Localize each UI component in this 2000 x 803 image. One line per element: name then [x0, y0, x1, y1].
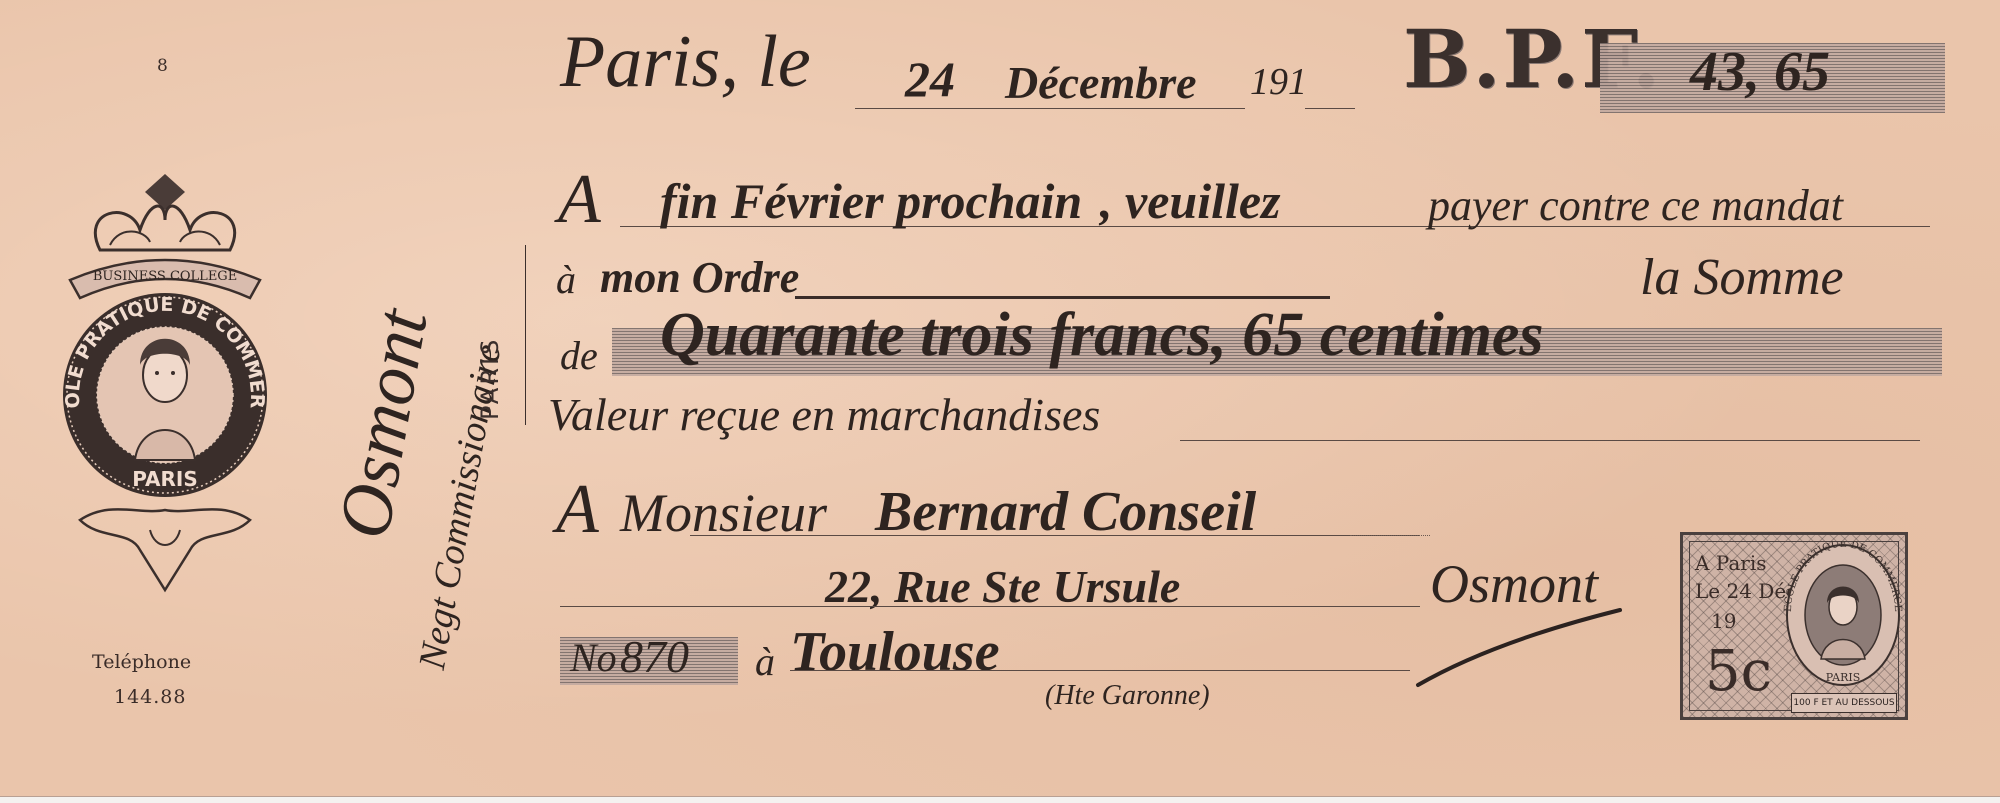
due-date[interactable]: fin Février prochain [660, 172, 1082, 230]
line2-prefix: à [556, 256, 576, 303]
line2-suffix: la Somme [1640, 248, 1844, 307]
svg-text:PARIS: PARIS [132, 467, 198, 491]
portrait-medallion-icon: BUSINESS COLLEGE ECOLE PRATIQUE DE COMME… [40, 170, 290, 610]
firm-name: Osmont [322, 303, 446, 545]
serial-mark: 8 [157, 56, 168, 76]
addressee-rule [690, 535, 1420, 536]
telephone-label: Teléphone [92, 651, 191, 673]
addressee-city[interactable]: Toulouse [790, 620, 1000, 684]
stamp-line3: 19 [1711, 609, 1736, 633]
value-line[interactable]: Valeur reçue en marchandises [548, 388, 1100, 441]
signature-flourish-icon [1410, 600, 1630, 690]
svg-text:BUSINESS COLLEGE: BUSINESS COLLEGE [93, 269, 237, 284]
stamp-footer: 100 F ET AU DESSOUS [1791, 693, 1897, 713]
amount-figures[interactable]: 43, 65 [1690, 40, 1830, 104]
payee-rule [795, 296, 1330, 299]
addressee-prefix: A [556, 470, 599, 550]
date-day[interactable]: 24 [905, 50, 955, 108]
payee[interactable]: mon Ordre [600, 252, 799, 303]
svg-text:PARIS: PARIS [1826, 671, 1861, 684]
street-rule [560, 606, 1420, 607]
portrait-medallion-icon: PARIS ECOLE PRATIQUE DE COMMERCE [1783, 541, 1903, 689]
line3-prefix: de [560, 332, 598, 379]
firm-city: PARIS [476, 337, 504, 420]
tax-stamp: A Paris Le 24 Décembre 19 5c PARIS ECOLE… [1680, 532, 1908, 720]
amount-words[interactable]: Quarante trois francs, 65 centimes [660, 300, 1544, 371]
addressee-region[interactable]: (Hte Garonne) [1045, 680, 1210, 712]
rule-dash [1350, 535, 1430, 536]
document-paper: 8 BUSINESS COLLEGE ECOLE PRATIQUE DE COM… [0, 0, 2000, 797]
line1-suffix: payer contre ce mandat [1428, 180, 1843, 231]
city-rule [790, 670, 1410, 671]
year-prefix: 191 [1250, 60, 1307, 104]
telephone-number: 144.88 [114, 686, 186, 708]
line1-mid: , veuillez [1100, 172, 1281, 230]
stamp-line1: A Paris [1695, 551, 1767, 575]
firm-divider [525, 245, 526, 425]
number-value[interactable]: 870 [620, 630, 689, 683]
date-month[interactable]: Décembre [1005, 56, 1197, 109]
school-emblem: BUSINESS COLLEGE ECOLE PRATIQUE DE COMME… [40, 170, 290, 610]
line1-prefix: A [558, 160, 601, 240]
city-prefix: à [755, 638, 775, 685]
stamp-value: 5c [1705, 639, 1772, 704]
number-label: No [570, 634, 617, 681]
place-label: Paris, le [560, 20, 811, 105]
value-rule [1180, 440, 1920, 441]
year-line [1305, 108, 1355, 109]
